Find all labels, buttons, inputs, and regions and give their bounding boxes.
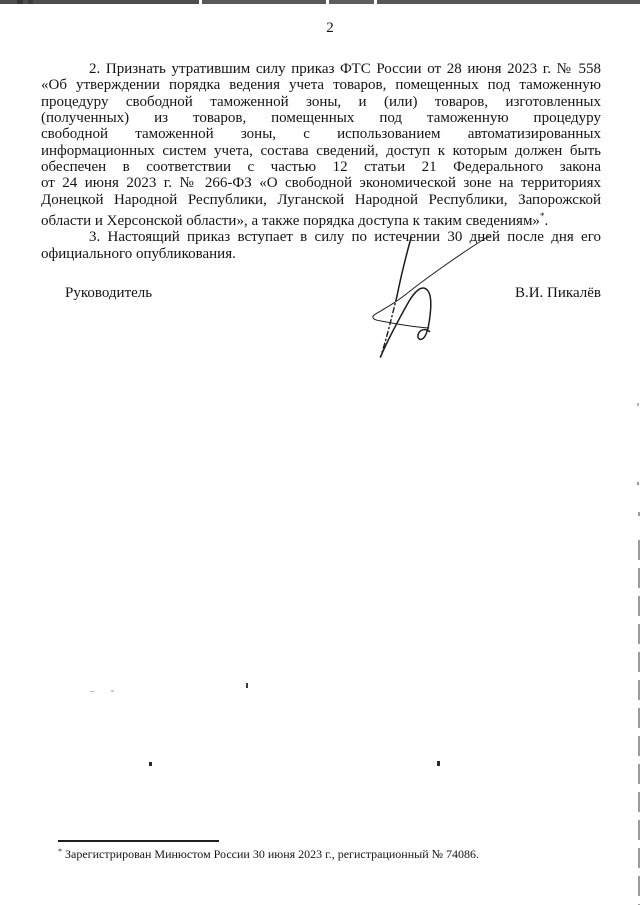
paragraph2-line: (полученных) из товаров, помещенных под …: [41, 110, 601, 126]
footnote-marker: *: [58, 847, 62, 856]
paragraph3-line: 3. Настоящий приказ вступает в силу по и…: [41, 229, 601, 245]
paragraph2-line: Донецкой Народной Республики, Луганской …: [41, 192, 601, 208]
scan-artifact-band: [329, 0, 374, 4]
scan-artifact-blob: [17, 0, 23, 4]
scanned-document-page: 2 2. Признать утратившим силу приказ ФТС…: [0, 0, 640, 905]
paragraph2-line: процедуру свободной таможенной зоны, и (…: [41, 94, 601, 110]
scan-artifact-band: [202, 0, 326, 4]
handwritten-signature-ink: [350, 225, 500, 365]
signer-name: В.И. Пикалёв: [515, 285, 601, 302]
footnote-text: Зарегистрирован Минюстом России 30 июня …: [65, 847, 479, 861]
scan-speck: [637, 482, 639, 485]
scan-speck: [437, 761, 440, 766]
scan-speck: [149, 762, 152, 766]
signer-title: Руководитель: [65, 285, 152, 302]
scan-speck: [246, 683, 248, 688]
signature-row: Руководитель В.И. Пикалёв: [65, 285, 601, 302]
paragraph2-line: обеспечен в соответствии с частью 12 ста…: [41, 159, 601, 175]
paragraph2-line: 2. Признать утратившим силу приказ ФТС Р…: [41, 61, 601, 77]
scan-speck: [90, 691, 95, 692]
paragraph2-line: свободной таможенной зоны, с использован…: [41, 126, 601, 142]
footnote-separator-rule: [58, 840, 219, 842]
scan-artifact-band: [377, 0, 640, 4]
footnote: * Зарегистрирован Минюстом России 30 июн…: [58, 845, 618, 861]
page-number: 2: [0, 21, 640, 36]
paragraph2-period: .: [544, 213, 548, 229]
paragraph2-line: «Об утверждении порядка ведения учета то…: [41, 77, 601, 93]
scan-artifact-blob: [28, 0, 33, 4]
paragraph2-line: от 24 июня 2023 г. № 266-ФЗ «О свободной…: [41, 175, 601, 191]
paragraph3-last-line: официального опубликования.: [41, 246, 601, 262]
document-body: 2. Признать утратившим силу приказ ФТС Р…: [41, 61, 601, 262]
paragraph2-line: информационных систем учета, состава све…: [41, 143, 601, 159]
scan-speck: [111, 690, 114, 692]
scan-speck: [637, 403, 639, 406]
paragraph2-last-line: области и Херсонской области», а также п…: [41, 208, 601, 229]
